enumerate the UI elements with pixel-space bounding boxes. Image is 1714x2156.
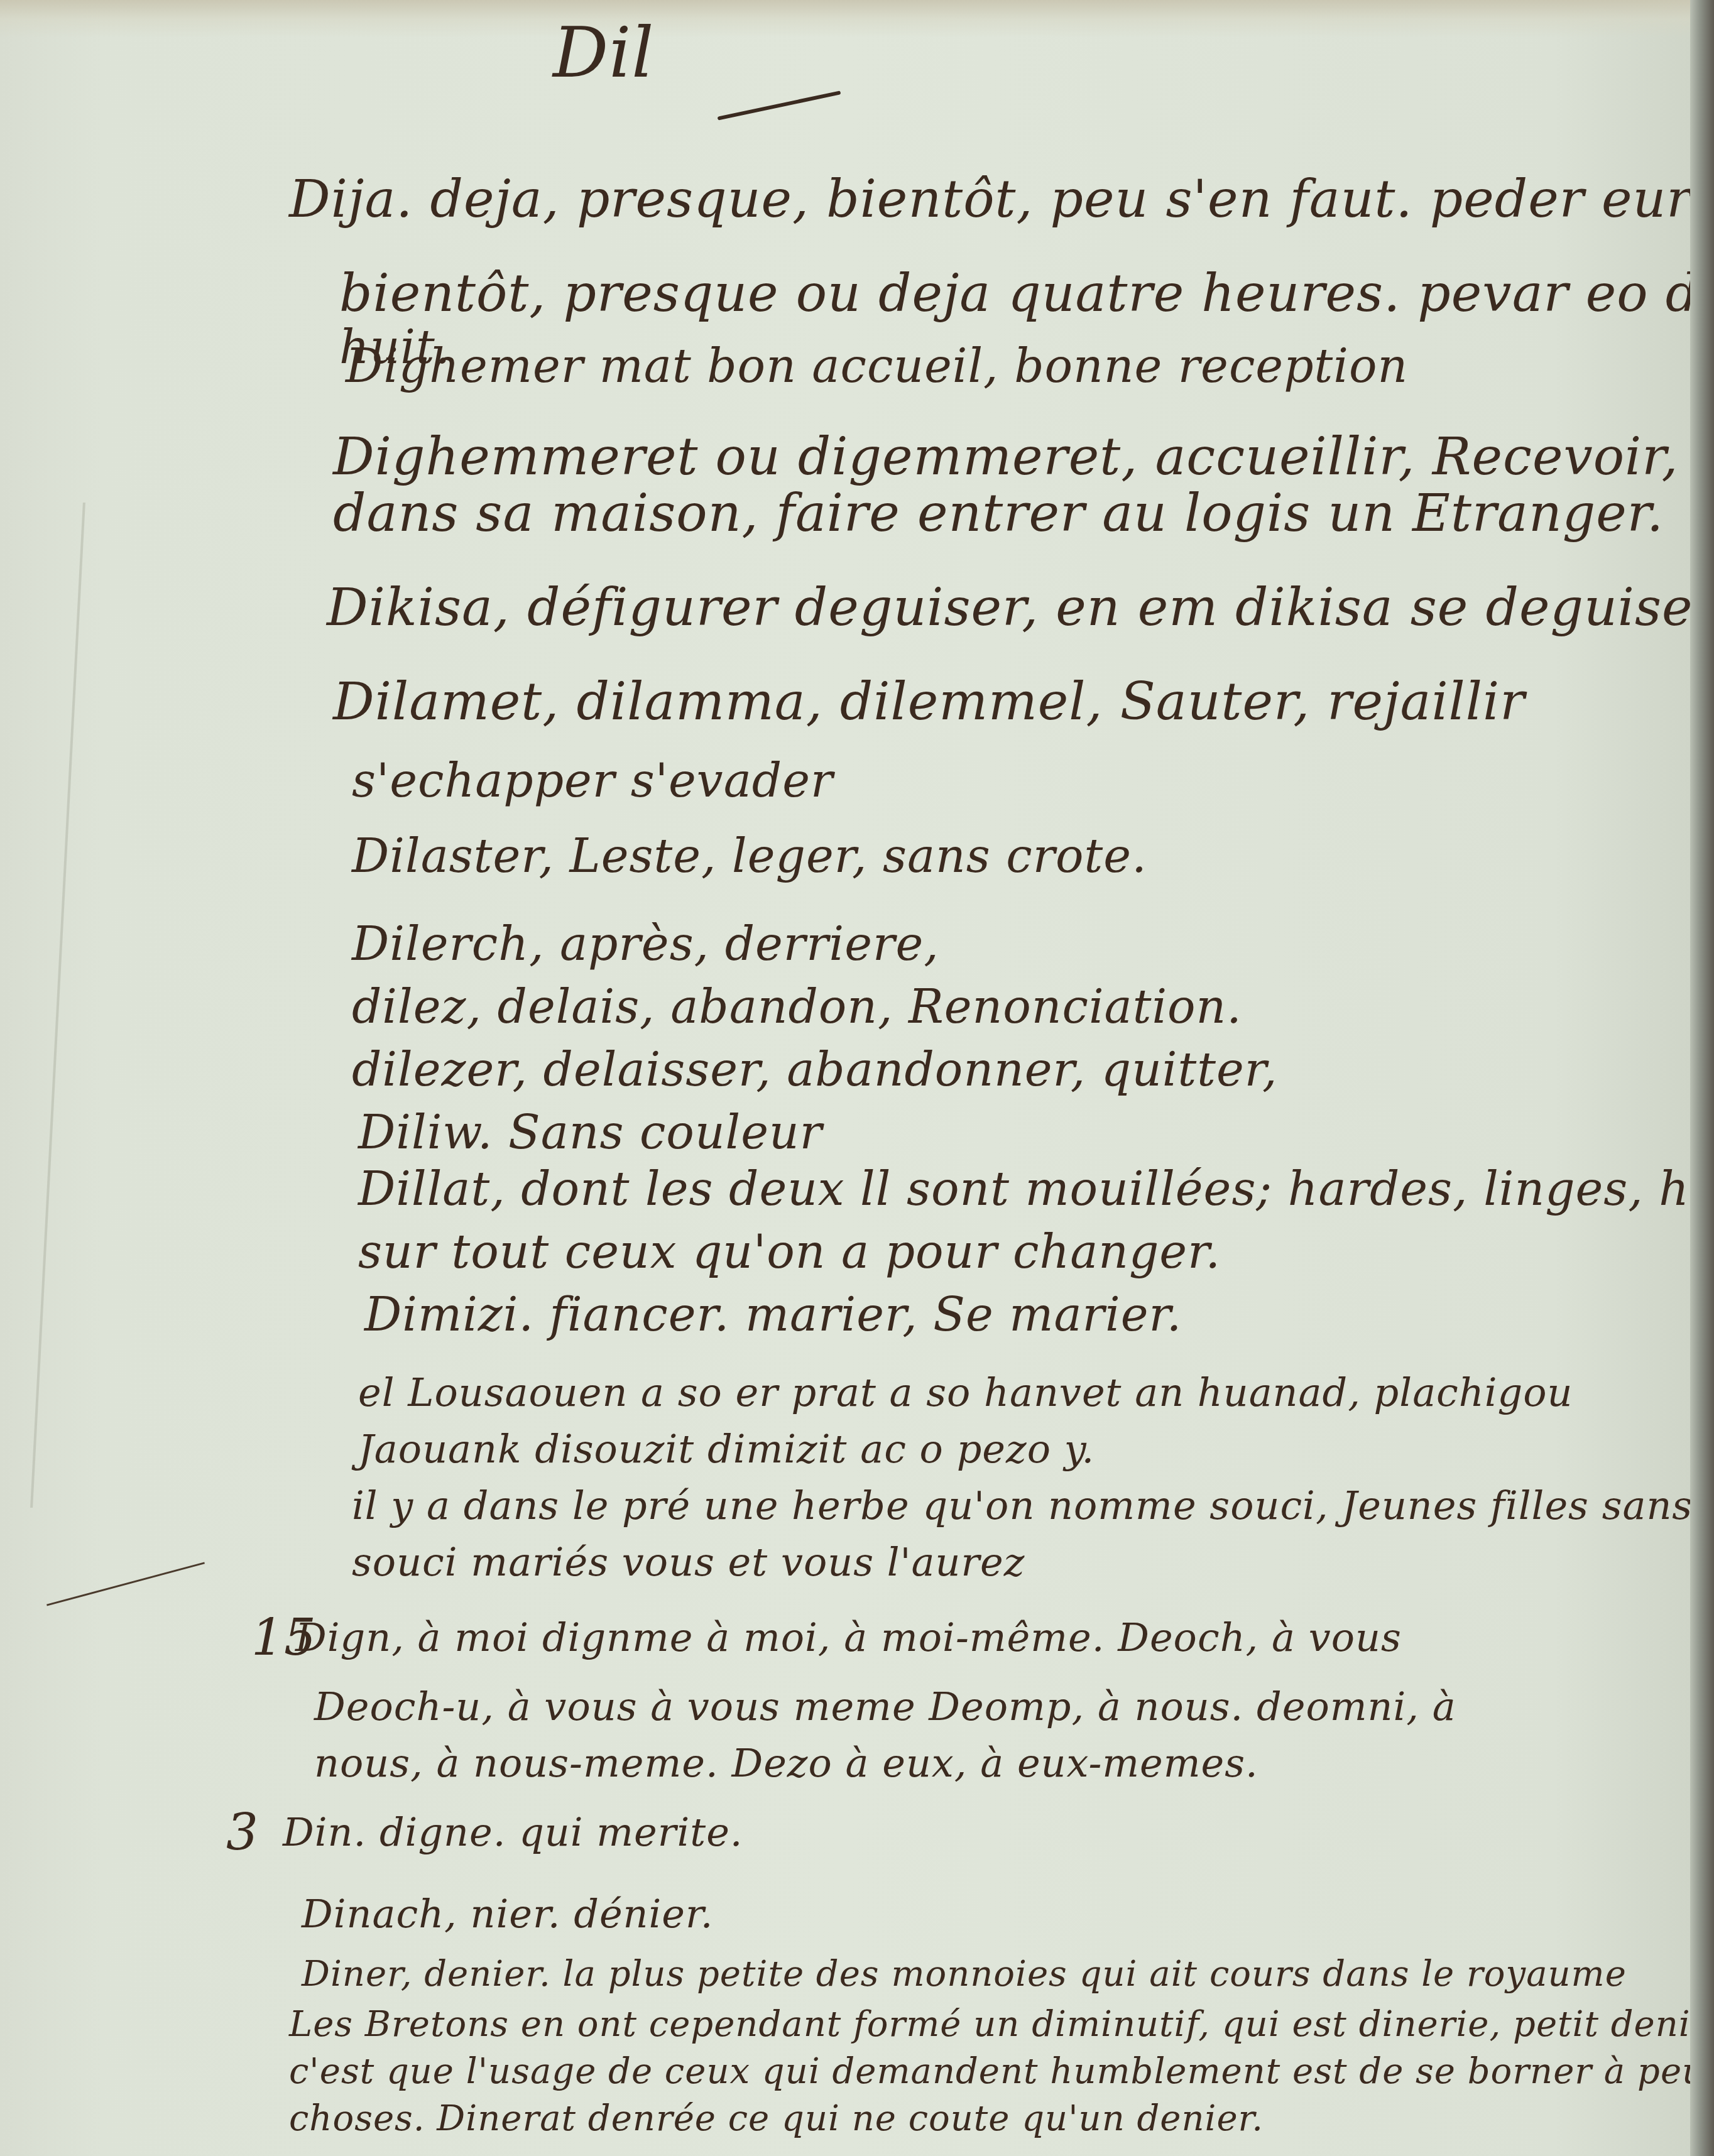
book-gutter — [1690, 0, 1714, 2156]
entry-line: Dighemer mat bon accueil, bonne receptio… — [346, 339, 1408, 393]
entry-line: Les Bretons en ont cependant formé un di… — [289, 2004, 1690, 2045]
entry-line: Din. digne. qui merite. — [283, 1809, 743, 1855]
entry-line: choses. Dinerat denrée ce qui ne coute q… — [289, 2098, 1264, 2139]
margin-number: 3 — [226, 1803, 259, 1861]
entry-line: dans sa maison, faire entrer au logis un… — [333, 484, 1664, 543]
entry-line: Dign, à moi dignme à moi, à moi-même. De… — [295, 1614, 1402, 1660]
entry-line: Dilamet, dilamma, dilemmel, Sauter, reja… — [333, 672, 1526, 732]
entry-line: Deoch-u, à vous à vous meme Deomp, à nou… — [314, 1684, 1456, 1729]
margin-stroke — [46, 1562, 205, 1606]
entry-line: Dighemmeret ou digemmeret, accueillir, R… — [333, 427, 1690, 487]
entry-line: dilezer, delaisser, abandonner, quitter, — [352, 1043, 1278, 1097]
heading-flourish — [718, 90, 841, 120]
entry-line: il y a dans le pré une herbe qu'on nomme… — [352, 1483, 1690, 1528]
entry-line: Dija. deja, presque, bientôt, peu s'en f… — [289, 170, 1690, 229]
entry-line: Dikisa, défigurer deguiser, en em dikisa… — [327, 578, 1690, 638]
entry-line: Dilaster, Leste, leger, sans crote. — [352, 829, 1147, 883]
entry-line: souci mariés vous et vous l'aurez — [352, 1539, 1025, 1585]
entry-line: Dinach, nier. dénier. — [302, 1891, 714, 1937]
entry-line: Dimizi. fiancer. marier, Se marier. — [364, 1288, 1182, 1342]
entry-line: bientôt, presque ou deja quatre heures. … — [339, 264, 1690, 324]
entry-line: Dilerch, après, derriere, — [352, 917, 939, 971]
entry-line: nous, à nous-meme. Dezo à eux, à eux-mem… — [314, 1740, 1258, 1786]
entry-line: Jaouank disouzit dimizit ac o pezo y. — [358, 1426, 1094, 1472]
entry-line: c'est que l'usage de ceux qui demandent … — [289, 2051, 1690, 2092]
entry-line: Diner, denier. la plus petite des monnoi… — [302, 1954, 1627, 1995]
paper-crease — [30, 503, 85, 1508]
entry-line: Diliw. Sans couleur — [358, 1106, 822, 1160]
manuscript-page: Dil Dija. deja, presque, bientôt, peu s'… — [0, 0, 1690, 2156]
entry-line: Dillat, dont les deux ll sont mouillées;… — [358, 1162, 1690, 1216]
entry-line: s'echapper s'evader — [352, 754, 833, 808]
page-heading: Dil — [553, 13, 655, 93]
entry-line: el Lousaouen a so er prat a so hanvet an… — [358, 1369, 1573, 1415]
entry-line: sur tout ceux qu'on a pour changer. — [358, 1225, 1221, 1279]
entry-line: dilez, delais, abandon, Renonciation. — [352, 980, 1242, 1034]
